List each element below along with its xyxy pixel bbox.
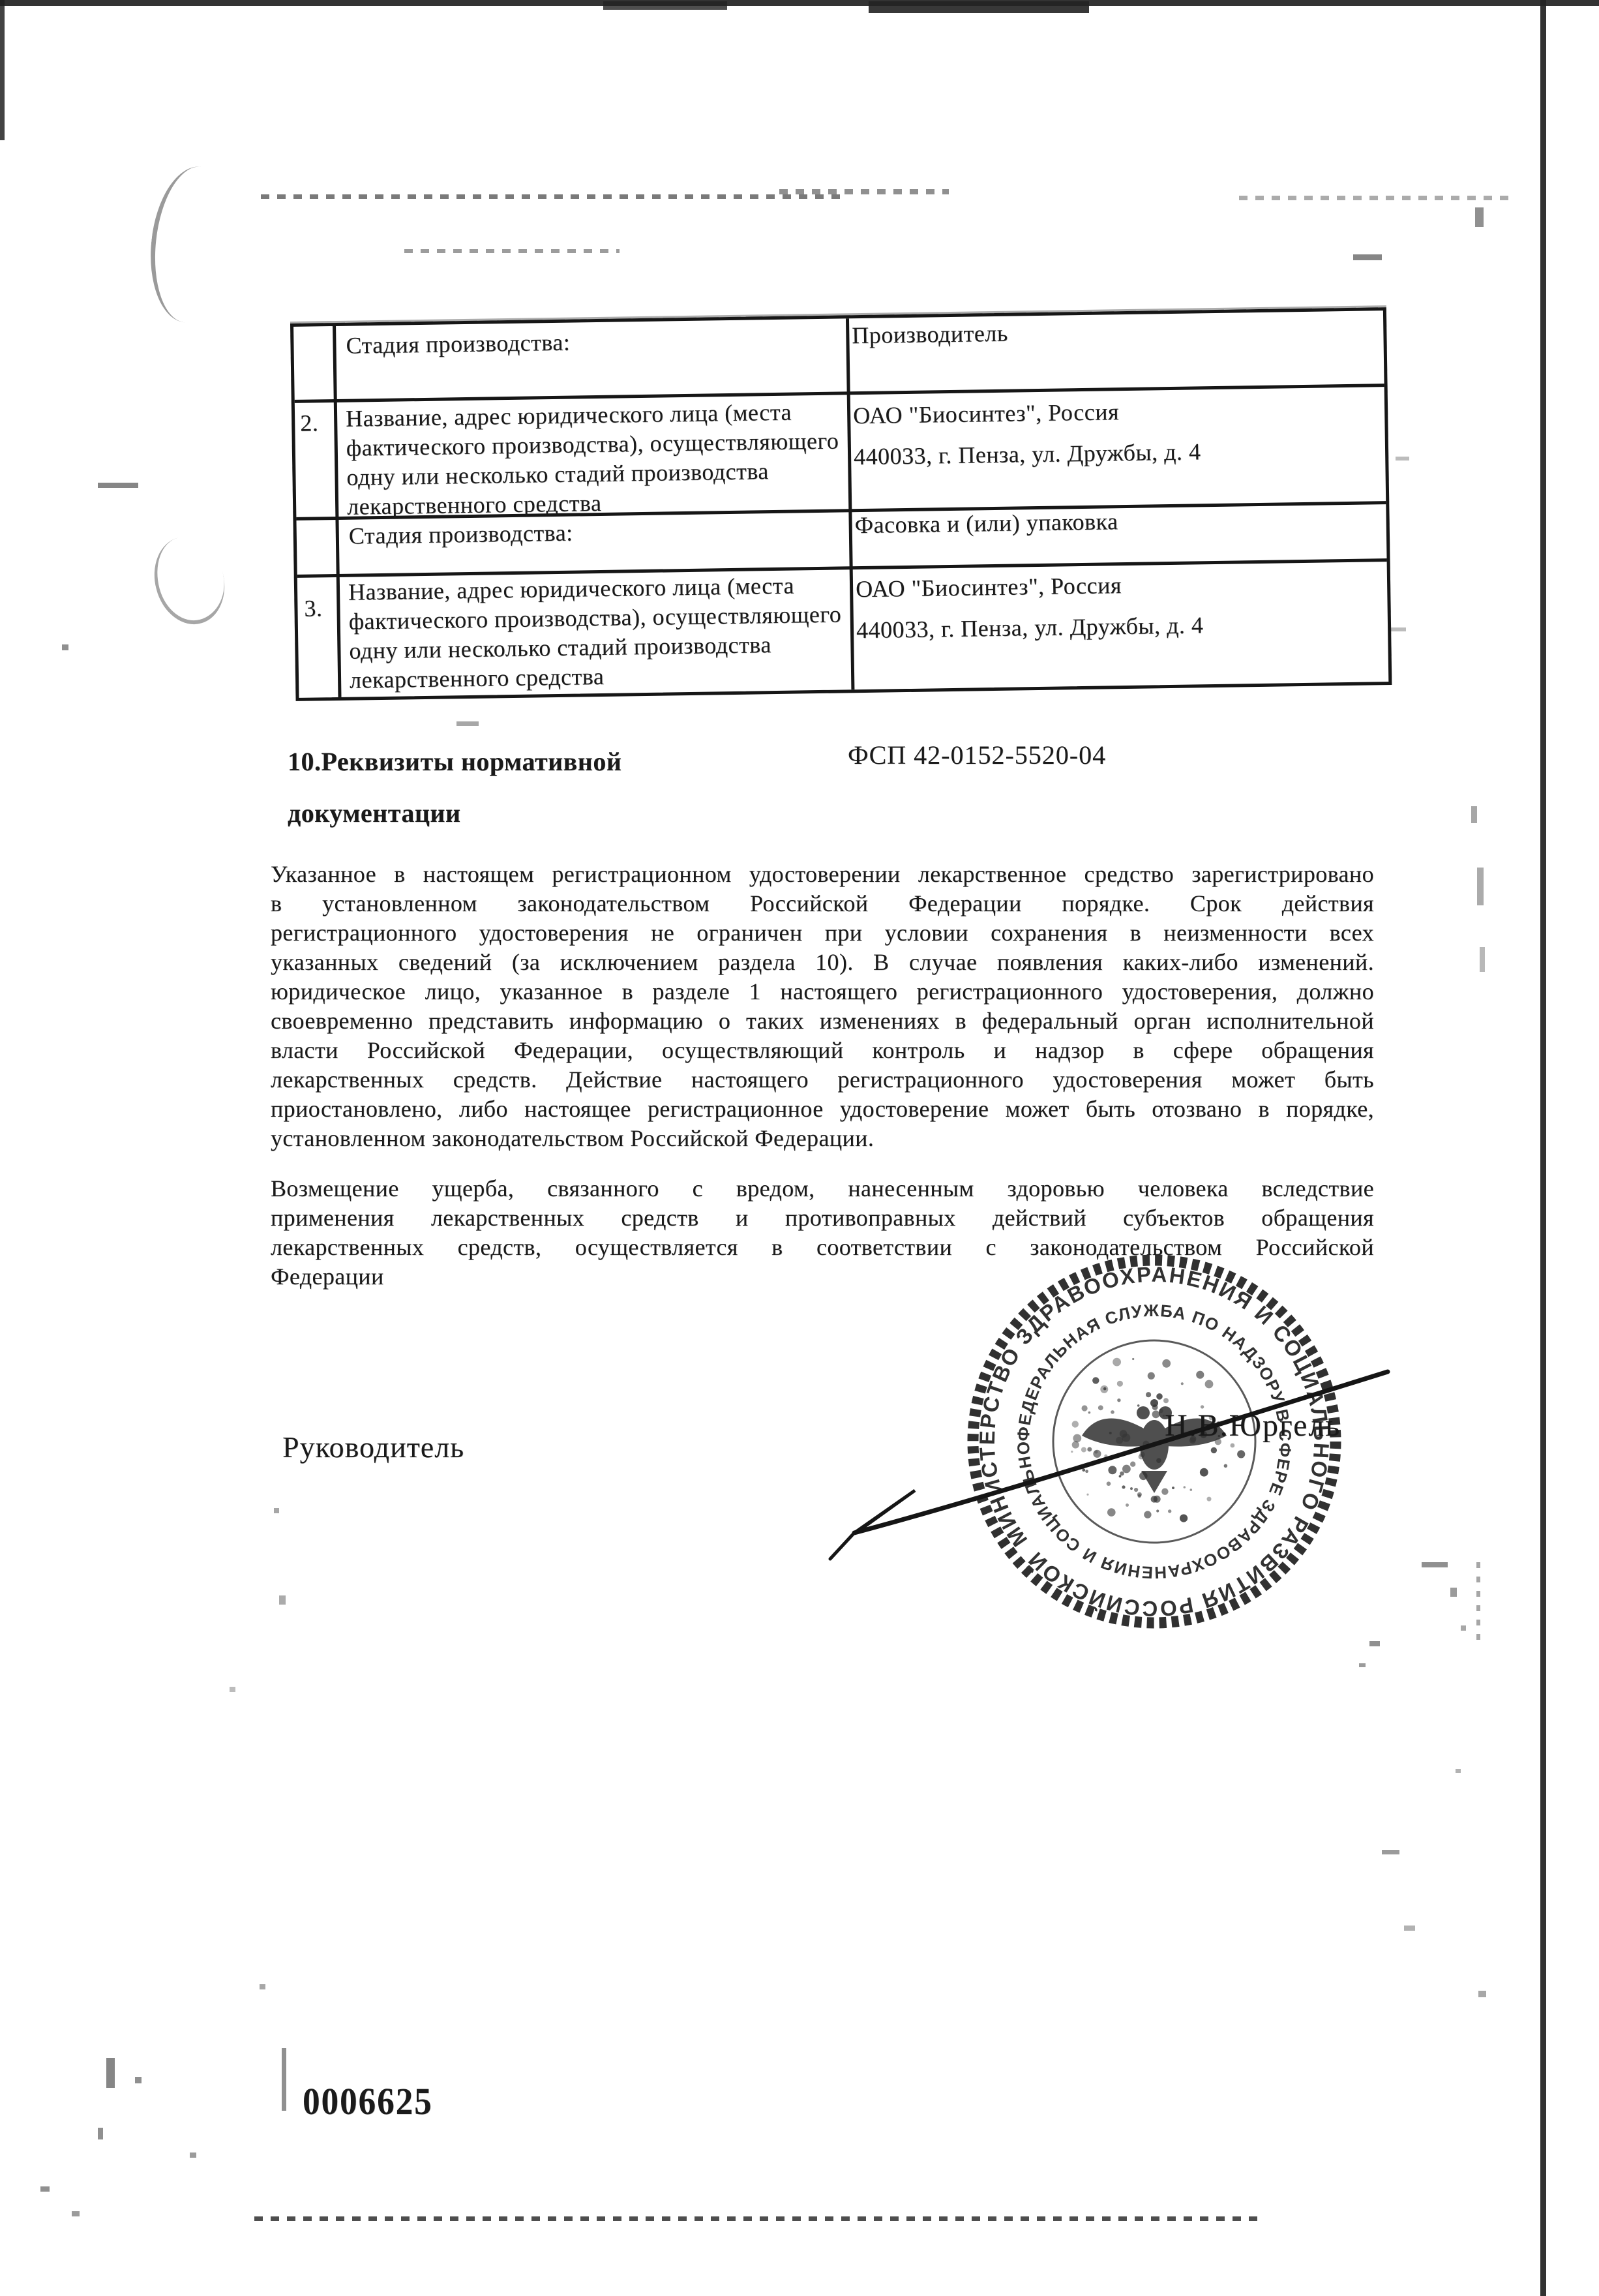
scan-noise (40, 2186, 50, 2192)
scan-noise (456, 721, 479, 726)
row-2-number: 2. (300, 408, 319, 438)
paragraph-1-line: Указанное в настоящем регистрационном уд… (271, 860, 1374, 889)
scan-smudge-arc (145, 529, 234, 633)
scan-noise (135, 2077, 142, 2083)
scan-noise (1353, 254, 1382, 260)
scan-noise (1390, 627, 1406, 631)
paragraph-1-line: лекарственных средств. Действие настояще… (271, 1065, 1374, 1095)
scan-noise (1369, 1641, 1380, 1646)
scan-noise (1475, 207, 1484, 227)
scan-noise (1456, 1769, 1461, 1773)
paragraph-1-line: юридическое лицо, указанное в разделе 1 … (271, 977, 1374, 1006)
row-3-label: Название, адрес юридического лица (места… (348, 571, 843, 695)
paragraph-2-line: применения лекарственных средств и проти… (271, 1203, 1374, 1233)
paragraph-registration-terms: Указанное в настоящем регистрационном уд… (271, 860, 1374, 1153)
scan-noise (106, 2058, 115, 2088)
scan-noise (1540, 0, 1546, 2296)
paragraph-1-line: в установленном законодательством Россий… (271, 889, 1374, 918)
paragraph-2-line: Возмещение ущерба, связанного с вредом, … (271, 1174, 1374, 1203)
scan-noise (1382, 1850, 1399, 1854)
paragraph-1-line: приостановлено, либо настоящее регистрац… (271, 1095, 1374, 1124)
header-stage-label: Стадия производства: (346, 328, 570, 361)
row-stage-label: Стадия производства: (349, 519, 573, 551)
paragraph-1-line: своевременно представить информацию о та… (271, 1006, 1374, 1036)
scan-noise (260, 1984, 265, 1989)
scan-noise (1396, 457, 1409, 461)
header-producer-label: Производитель (852, 319, 1008, 351)
row-2-label: Название, адрес юридического лица (места… (346, 397, 841, 522)
handwritten-signature (812, 1344, 1412, 1592)
scan-noise (0, 0, 5, 140)
scan-noise (1422, 1562, 1448, 1567)
row-stage-value: Фасовка и (или) упаковка (854, 507, 1118, 540)
table-vertical-rule-2 (846, 318, 854, 689)
scan-noise (1239, 196, 1513, 200)
scan-noise (261, 194, 841, 199)
section-10-heading: 10.Реквизиты нормативной документации (288, 736, 705, 839)
row-2-value: ОАО "Биосинтез", Россия 440033, г. Пенза… (853, 387, 1376, 477)
scan-noise (779, 189, 949, 194)
production-stages-table: Стадия производства: Производитель 2. На… (290, 307, 1392, 701)
scan-noise (603, 1, 727, 10)
scan-noise (1450, 1588, 1457, 1597)
scan-noise (230, 1687, 235, 1692)
scan-noise (869, 1, 1089, 13)
section-10-normative-doc-number: ФСП 42-0152-5520-04 (848, 740, 1106, 770)
table-vertical-rule-1 (333, 326, 341, 697)
paragraph-1-line: установленном законодательством Российск… (271, 1124, 1374, 1153)
scan-noise (1480, 947, 1485, 972)
scan-noise (1404, 1926, 1415, 1931)
scan-noise (279, 1595, 286, 1605)
scan-noise (0, 0, 1599, 6)
scan-noise (1461, 1625, 1466, 1631)
signatory-role-label: Руководитель (282, 1430, 464, 1464)
scan-noise (190, 2152, 196, 2158)
scan-noise (62, 644, 68, 650)
scan-noise (282, 2048, 286, 2111)
paragraph-1-line: власти Российской Федерации, осуществляю… (271, 1036, 1374, 1065)
scan-noise (98, 2128, 103, 2139)
scanned-certificate-page: { "table": { "rows": [ {"num": "", "labe… (0, 0, 1599, 2296)
scan-smudge-arc (143, 162, 242, 327)
scan-noise (98, 483, 138, 488)
form-serial-number: 0006625 (303, 2079, 433, 2123)
paragraph-1-line: регистрационного удостоверения не ограни… (271, 918, 1374, 948)
row-3-number: 3. (304, 594, 323, 623)
scan-noise (254, 2216, 1262, 2221)
scan-noise (1471, 806, 1477, 823)
scan-noise (404, 249, 620, 253)
scan-noise (1476, 1555, 1480, 1640)
scan-noise (274, 1508, 279, 1513)
scan-noise (72, 2211, 80, 2216)
scan-noise (1359, 1663, 1366, 1667)
paragraph-1-line: указанных сведений (за исключением разде… (271, 948, 1374, 977)
row-3-value: ОАО "Биосинтез", Россия 440033, г. Пенза… (856, 561, 1379, 651)
scan-noise (1477, 868, 1484, 905)
scan-noise (1478, 1991, 1486, 1997)
